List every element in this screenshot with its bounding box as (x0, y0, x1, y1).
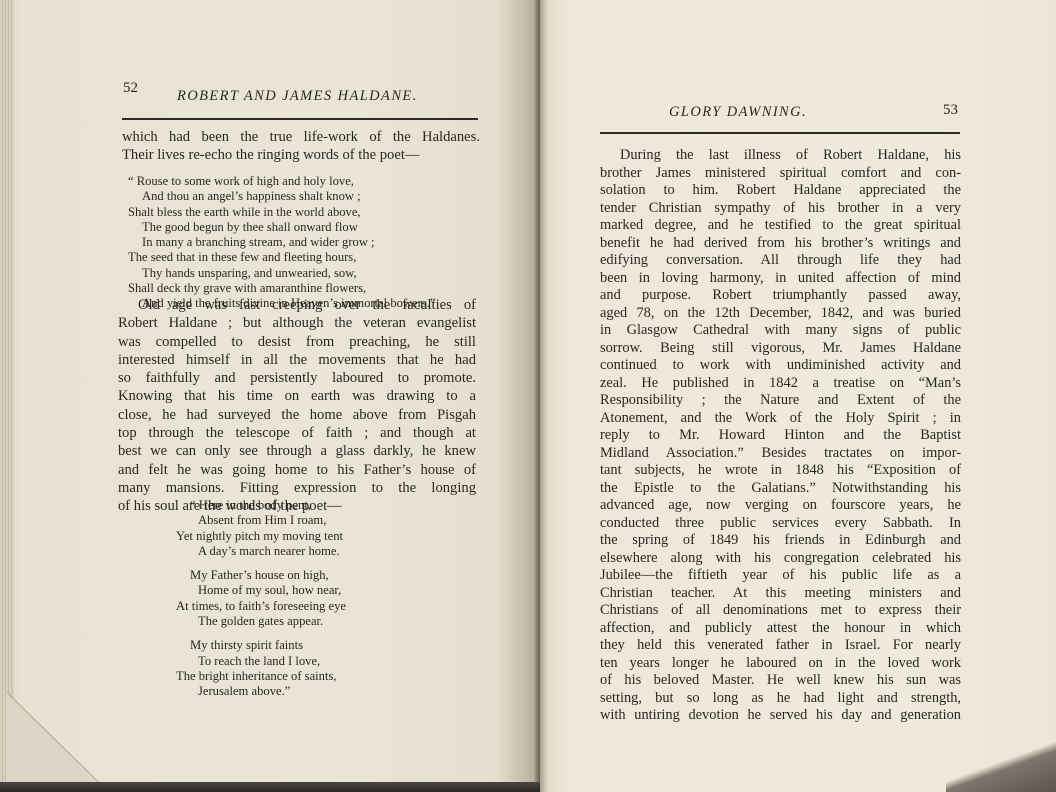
poem-line: At times, to faith’s foreseeing eye (176, 599, 346, 614)
poem-line: Shall deck thy grave with amaranthine fl… (128, 281, 435, 296)
poem-line: Absent from Him I roam, (176, 513, 346, 528)
poem-line: “ Rouse to some work of high and holy lo… (128, 174, 435, 189)
text-line: affection, and publicly attest the honou… (600, 620, 961, 638)
text-line: solation to him. Robert Haldane apprecia… (600, 182, 961, 200)
poem-line: “ Here in the body pent, (176, 498, 346, 513)
book-spread: 52 ROBERT AND JAMES HALDANE. which had b… (0, 0, 1056, 792)
text-line: continued to work with undiminished acti… (600, 357, 961, 375)
text-line: reply to Mr. Howard Hinton and the Bapti… (600, 427, 961, 445)
text-line: Their lives re-echo the ringing words of… (122, 146, 480, 164)
text-line: Christians of all denominations met to e… (600, 602, 961, 620)
poem-line: Shalt bless the earth while in the world… (128, 205, 435, 220)
poem-line: The bright inheritance of saints, (176, 669, 346, 684)
text-line: they held this venerated father in Israe… (600, 637, 961, 655)
text-line: was compelled to desist from preaching, … (118, 333, 476, 351)
text-line: During the last illness of Robert Haldan… (600, 147, 961, 165)
text-line: elsewhere along with his congregation ce… (600, 550, 961, 568)
text-line: so faithfully and persistently laboured … (118, 369, 476, 387)
text-line: best we can only see through a glass dar… (118, 442, 476, 460)
poem-line: To reach the land I love, (176, 654, 346, 669)
poem-line: My Father’s house on high, (176, 568, 346, 583)
poem-line: Yet nightly pitch my moving tent (176, 529, 346, 544)
text-line: aged 78, on the 12th December, 1842, and… (600, 305, 961, 323)
text-line: which had been the true life-work of the… (122, 128, 480, 146)
paragraph-old-age: Old age was fast creeping over the facul… (118, 296, 476, 516)
text-line: Robert Haldane ; but although the vetera… (118, 314, 476, 332)
poem-line: The seed that in these few and fleeting … (128, 250, 435, 265)
poem-line: Jerusalem above.” (176, 684, 346, 699)
poem-line: A day’s march nearer home. (176, 544, 346, 559)
text-line: close, he had surveyed the home above fr… (118, 406, 476, 424)
text-line: Jubilee—the fiftieth year of his public … (600, 567, 961, 585)
page-edges (0, 0, 14, 782)
text-line: Old age was fast creeping over the facul… (118, 296, 476, 314)
header-rule (600, 132, 960, 134)
text-line: Responsibility ; the Nature and Extent o… (600, 392, 961, 410)
text-line: edifying conversation. All through life … (600, 252, 961, 270)
text-line: tant subjects, he wrote in 1848 his “Exp… (600, 462, 961, 480)
text-line: benefit he had derived from his brother’… (600, 235, 961, 253)
text-line: in Glasgow Cathedral with many signs of … (600, 322, 961, 340)
text-line: sorrow. Being still vigorous, Mr. James … (600, 340, 961, 358)
header-rule (122, 118, 478, 120)
text-line: and felt he was going home to his Father… (118, 461, 476, 479)
text-line: ten years longer he laboured on in the l… (600, 655, 961, 673)
poem-line: And thou an angel’s happiness shalt know… (128, 189, 435, 204)
paragraph-last-illness: During the last illness of Robert Haldan… (600, 147, 961, 725)
poem-line: The good begun by thee shall onward flow (128, 220, 435, 235)
poem-quotation-1: “ Rouse to some work of high and holy lo… (128, 174, 435, 312)
poem-quotation-2: “ Here in the body pent,Absent from Him … (176, 498, 346, 700)
poem-line: Home of my soul, how near, (176, 583, 346, 598)
poem-line: In many a branching stream, and wider gr… (128, 235, 435, 250)
text-line: interested himself in all the movements … (118, 351, 476, 369)
text-line: the spring of 1849 his friends in Edinbu… (600, 532, 961, 550)
text-line: brother James ministered spiritual comfo… (600, 165, 961, 183)
right-page: GLORY DAWNING. 53 During the last illnes… (540, 0, 1056, 792)
page-number: 53 (943, 102, 958, 119)
text-line: Christian teacher. At this meeting minis… (600, 585, 961, 603)
text-line: Midland Association.” Besides tractates … (600, 445, 961, 463)
running-head: ROBERT AND JAMES HALDANE. (177, 88, 418, 105)
text-line: advanced age, now verging on fourscore y… (600, 497, 961, 515)
text-line: marked degree, and he testified to the g… (600, 217, 961, 235)
text-line: conducted three public services every Sa… (600, 515, 961, 533)
poem-line: The golden gates appear. (176, 614, 346, 629)
stanza-gap (176, 629, 346, 638)
text-line: tender Christian sympathy of his brother… (600, 200, 961, 218)
text-line: been in loving harmony, in united affect… (600, 270, 961, 288)
stanza-gap (176, 559, 346, 568)
page-corner-shadow (946, 740, 1056, 792)
text-line: Atonement, and the Work of the Holy Spir… (600, 410, 961, 428)
text-line: of his beloved Master. He well knew his … (600, 672, 961, 690)
page-number: 52 (123, 80, 138, 97)
text-line: top through the telescope of faith ; and… (118, 424, 476, 442)
poem-line: My thirsty spirit faints (176, 638, 346, 653)
text-line: zeal. He published in 1842 a treatise on… (600, 375, 961, 393)
text-line: setting, but so long as he had light and… (600, 690, 961, 708)
text-line: with untiring devotion he served his day… (600, 707, 961, 725)
text-line: and purpose. Robert triumphantly passed … (600, 287, 961, 305)
poem-line: Thy hands unsparing, and unwearied, sow, (128, 266, 435, 281)
running-head: GLORY DAWNING. (669, 104, 807, 121)
folded-page-corner (6, 692, 98, 782)
text-line: the Epistle to the Galatians.” Notwithst… (600, 480, 961, 498)
text-line: Knowing that his time on earth was drawi… (118, 387, 476, 405)
opening-text: which had been the true life-work of the… (122, 128, 480, 165)
left-page: 52 ROBERT AND JAMES HALDANE. which had b… (0, 0, 540, 788)
text-line: many mansions. Fitting expression to the… (118, 479, 476, 497)
book-bottom-edge (0, 782, 540, 792)
